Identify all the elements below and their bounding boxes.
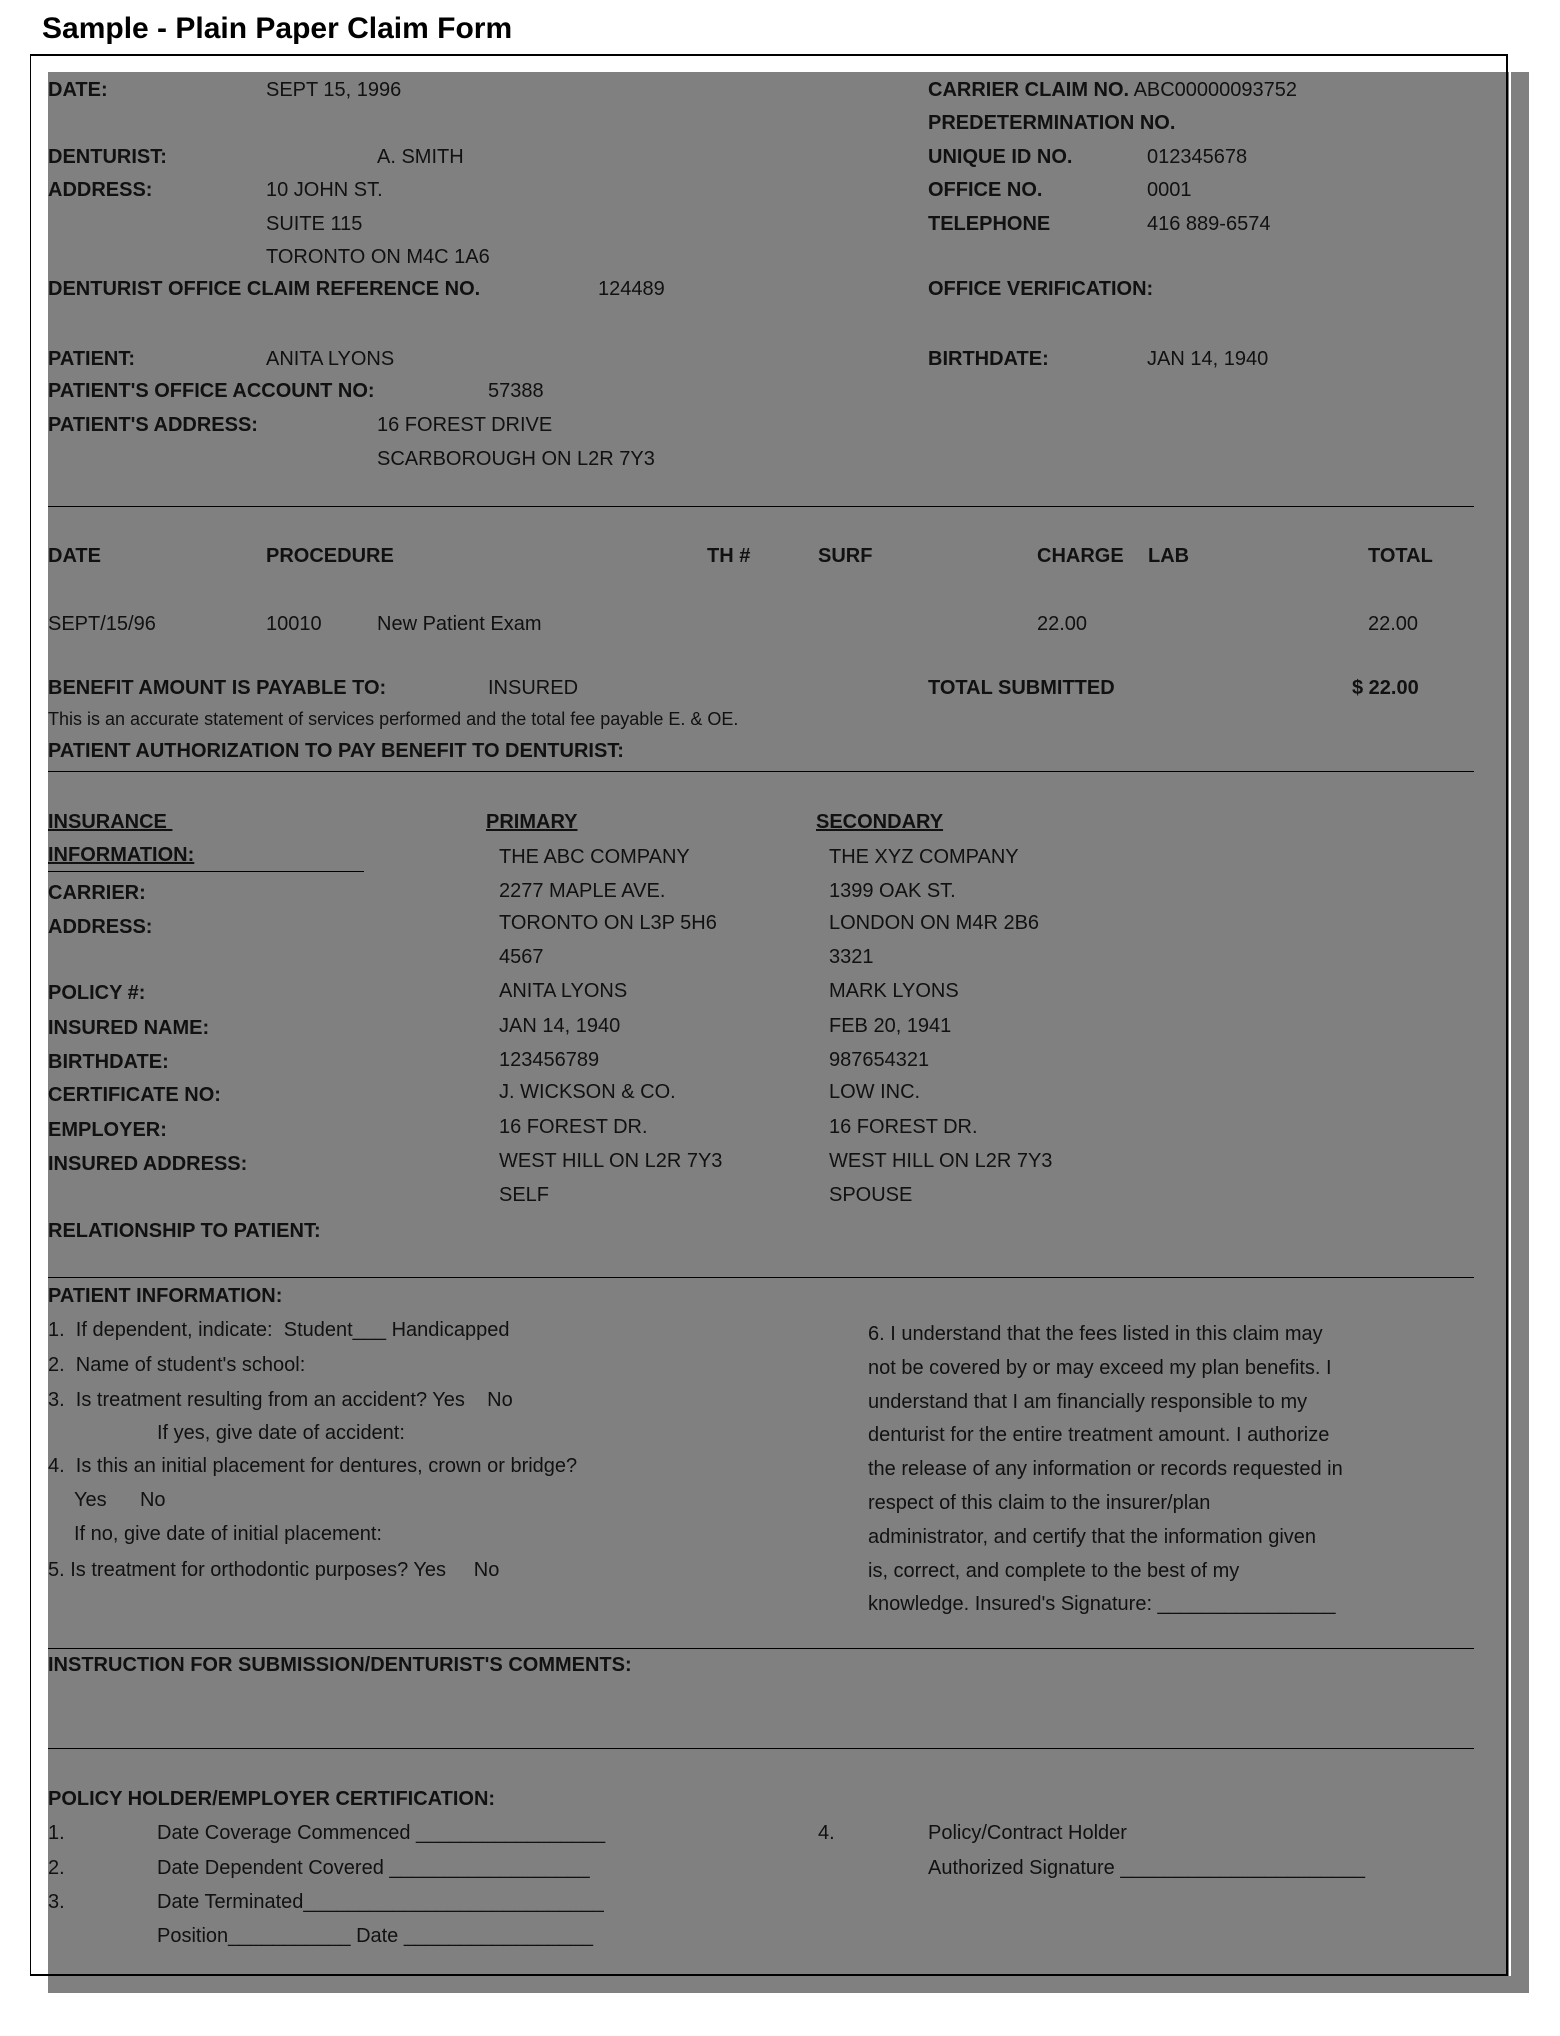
secondary-value: SPOUSE	[829, 1183, 912, 1207]
cert-item4-number: 4.	[818, 1821, 835, 1845]
unique-id-value: 012345678	[1147, 145, 1247, 169]
carrier-claim-row: CARRIER CLAIM NO. ABC00000093752	[928, 78, 1297, 102]
office-no-label: OFFICE NO.	[928, 178, 1042, 202]
primary-value: TORONTO ON L3P 5H6	[499, 911, 717, 935]
primary-value: 4567	[499, 945, 544, 969]
patient-info-line: If no, give date of initial placement:	[74, 1522, 382, 1546]
certificate-label: CERTIFICATE NO:	[48, 1083, 221, 1107]
patient-address-label: PATIENT'S ADDRESS:	[48, 413, 258, 437]
insurance-heading-rule	[48, 871, 364, 872]
date-label: DATE:	[48, 78, 108, 102]
patient-info-line: If yes, give date of accident:	[157, 1421, 405, 1445]
secondary-heading: SECONDARY	[816, 810, 943, 834]
patient-address-line-2: SCARBOROUGH ON L2R 7Y3	[377, 447, 655, 471]
cert-item4-line1: Policy/Contract Holder	[928, 1821, 1127, 1845]
col-header-lab: LAB	[1148, 544, 1189, 568]
cert-item4-line2: Authorized Signature ___________________…	[928, 1856, 1365, 1880]
secondary-value: LONDON ON M4R 2B6	[829, 911, 1039, 935]
divider	[48, 506, 1474, 507]
patient-label: PATIENT:	[48, 347, 135, 371]
row-code: 10010	[266, 612, 322, 636]
primary-value: J. WICKSON & CO.	[499, 1080, 676, 1104]
secondary-value: MARK LYONS	[829, 979, 959, 1003]
secondary-value: 1399 OAK ST.	[829, 879, 956, 903]
secondary-value: 16 FOREST DR.	[829, 1115, 978, 1139]
insured-address-label: INSURED ADDRESS:	[48, 1152, 247, 1176]
insured-name-label: INSURED NAME:	[48, 1016, 209, 1040]
row-date: SEPT/15/96	[48, 612, 156, 636]
comments-heading: INSTRUCTION FOR SUBMISSION/DENTURIST'S C…	[48, 1653, 632, 1677]
patient-info-line: 4. Is this an initial placement for dent…	[48, 1454, 577, 1478]
cert-item-text: Date Coverage Commenced ________________…	[157, 1821, 605, 1845]
form-frame-highlight	[1509, 72, 1511, 1976]
secondary-value: WEST HILL ON L2R 7Y3	[829, 1149, 1052, 1173]
patient-info-line: 1. If dependent, indicate: Student___ Ha…	[48, 1318, 509, 1342]
row-charge: 22.00	[1037, 612, 1087, 636]
insurance-heading-line2: INFORMATION:	[48, 843, 194, 867]
col-header-th: TH #	[707, 544, 750, 568]
secondary-value: LOW INC.	[829, 1080, 920, 1104]
cert-item-text: Date Dependent Covered _________________…	[157, 1856, 590, 1880]
secondary-value: 987654321	[829, 1048, 929, 1072]
policy-label: POLICY #:	[48, 981, 145, 1005]
cert-item-number: 3.	[48, 1890, 65, 1914]
col-header-surf: SURF	[818, 544, 872, 568]
primary-value: ANITA LYONS	[499, 979, 627, 1003]
office-claim-ref-value: 124489	[598, 277, 665, 301]
carrier-label: CARRIER:	[48, 881, 146, 905]
insured-birthdate-label: BIRTHDATE:	[48, 1050, 169, 1074]
col-header-date: DATE	[48, 544, 101, 568]
primary-value: 16 FOREST DR.	[499, 1115, 648, 1139]
col-header-charge: CHARGE	[1037, 544, 1124, 568]
patient-info-heading: PATIENT INFORMATION:	[48, 1284, 282, 1308]
authorization-label: PATIENT AUTHORIZATION TO PAY BENEFIT TO …	[48, 739, 624, 763]
row-description: New Patient Exam	[377, 612, 542, 636]
primary-heading: PRIMARY	[486, 810, 577, 834]
address-line-2: SUITE 115	[266, 212, 362, 236]
office-no-value: 0001	[1147, 178, 1192, 202]
patient-account-label: PATIENT'S OFFICE ACCOUNT NO:	[48, 379, 375, 403]
total-submitted-label: TOTAL SUBMITTED	[928, 676, 1115, 700]
carrier-address-label: ADDRESS:	[48, 915, 152, 939]
cert-item-text: Date Terminated_________________________…	[157, 1890, 604, 1914]
secondary-value: THE XYZ COMPANY	[829, 845, 1019, 869]
insured-declaration: 6. I understand that the fees listed in …	[868, 1318, 1488, 1622]
primary-value: 123456789	[499, 1048, 599, 1072]
divider	[48, 1277, 1474, 1278]
address-label: ADDRESS:	[48, 178, 152, 202]
cert-item-number: 1.	[48, 1821, 65, 1845]
office-claim-ref-label: DENTURIST OFFICE CLAIM REFERENCE NO.	[48, 277, 480, 301]
secondary-value: FEB 20, 1941	[829, 1014, 951, 1038]
office-verification-label: OFFICE VERIFICATION:	[928, 277, 1153, 301]
benefit-payable-value: INSURED	[488, 676, 578, 700]
col-header-total: TOTAL	[1368, 544, 1433, 568]
employer-label: EMPLOYER:	[48, 1118, 167, 1142]
primary-value: 2277 MAPLE AVE.	[499, 879, 665, 903]
address-line-3: TORONTO ON M4C 1A6	[266, 245, 490, 269]
patient-info-line: 5. Is treatment for orthodontic purposes…	[48, 1558, 499, 1582]
patient-info-line: 2. Name of student's school:	[48, 1353, 305, 1377]
address-line-1: 10 JOHN ST.	[266, 178, 383, 202]
patient-info-line: Yes No	[74, 1488, 166, 1512]
carrier-claim-label: CARRIER CLAIM NO.	[928, 79, 1129, 101]
row-total: 22.00	[1368, 612, 1418, 636]
page-title: Sample - Plain Paper Claim Form	[42, 12, 512, 46]
divider	[48, 1748, 1474, 1749]
form-frame	[30, 54, 1508, 1976]
primary-value: SELF	[499, 1183, 549, 1207]
telephone-value: 416 889-6574	[1147, 212, 1270, 236]
insurance-heading-line1: INSURANCE	[48, 810, 172, 834]
patient-value: ANITA LYONS	[266, 347, 394, 371]
divider	[48, 1648, 1474, 1649]
patient-birthdate-label: BIRTHDATE:	[928, 347, 1049, 371]
date-value: SEPT 15, 1996	[266, 78, 401, 102]
col-header-procedure: PROCEDURE	[266, 544, 394, 568]
total-submitted-value: $ 22.00	[1352, 676, 1419, 700]
patient-birthdate-value: JAN 14, 1940	[1147, 347, 1268, 371]
patient-info-line: 3. Is treatment resulting from an accide…	[48, 1388, 513, 1412]
telephone-label: TELEPHONE	[928, 212, 1050, 236]
carrier-claim-value: ABC00000093752	[1134, 79, 1297, 101]
secondary-value: 3321	[829, 945, 874, 969]
denturist-label: DENTURIST:	[48, 145, 167, 169]
divider	[48, 771, 1474, 772]
patient-account-value: 57388	[488, 379, 544, 403]
certification-heading: POLICY HOLDER/EMPLOYER CERTIFICATION:	[48, 1787, 495, 1811]
patient-address-line-1: 16 FOREST DRIVE	[377, 413, 552, 437]
primary-value: THE ABC COMPANY	[499, 845, 690, 869]
cert-item-number: 2.	[48, 1856, 65, 1880]
denturist-value: A. SMITH	[377, 145, 464, 169]
statement-text: This is an accurate statement of service…	[48, 707, 738, 731]
predetermination-label: PREDETERMINATION NO.	[928, 111, 1175, 135]
unique-id-label: UNIQUE ID NO.	[928, 145, 1072, 169]
primary-value: JAN 14, 1940	[499, 1014, 620, 1038]
benefit-payable-label: BENEFIT AMOUNT IS PAYABLE TO:	[48, 676, 386, 700]
primary-value: WEST HILL ON L2R 7Y3	[499, 1149, 722, 1173]
cert-item-text: Position___________ Date _______________…	[157, 1924, 593, 1948]
relationship-label: RELATIONSHIP TO PATIENT:	[48, 1219, 321, 1243]
